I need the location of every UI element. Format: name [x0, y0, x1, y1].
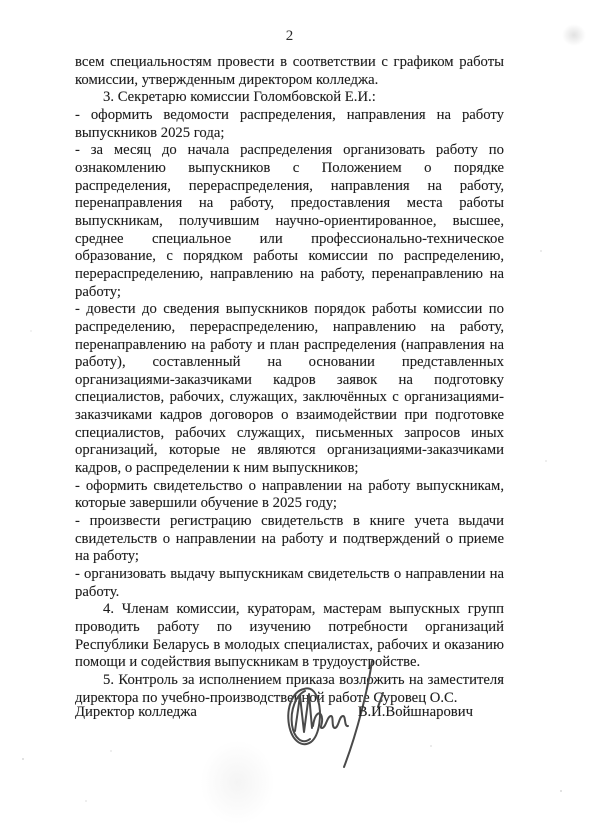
signatory-name: В.И.Войшнарович [358, 704, 473, 721]
scan-speck [540, 250, 542, 252]
document-body: всем специальностям провести в соответст… [75, 54, 504, 707]
scan-speck [85, 800, 87, 802]
dash-item: - оформить свидетельство о направлении н… [75, 478, 504, 513]
dash-item: - произвести регистрацию свидетельств в … [75, 513, 504, 566]
dash-item: - за месяц до начала распределения орган… [75, 142, 504, 301]
scan-speck [545, 460, 547, 462]
dash-item: - организовать выдачу выпускникам свидет… [75, 566, 504, 601]
scan-speck [22, 758, 24, 760]
scan-speck [560, 790, 562, 792]
scan-speck [430, 745, 432, 747]
page-number: 2 [75, 28, 504, 45]
signature-block: Директор колледжа В.И.Войшнарович [75, 704, 504, 721]
paragraph-continuation: всем специальностям провести в соответст… [75, 54, 504, 89]
document-page: 2 всем специальностям провести в соответ… [0, 0, 590, 827]
dash-item: - довести до сведения выпускников порядо… [75, 301, 504, 478]
scan-speck [30, 330, 32, 332]
scan-smudge [562, 24, 586, 46]
paragraph-item-3: 3. Секретарю комиссии Голомбовской Е.И.: [75, 89, 504, 107]
scan-smudge [200, 740, 275, 825]
scan-speck [110, 750, 112, 752]
dash-item: - оформить ведомости распределения, напр… [75, 107, 504, 142]
signatory-title: Директор колледжа [75, 704, 197, 721]
